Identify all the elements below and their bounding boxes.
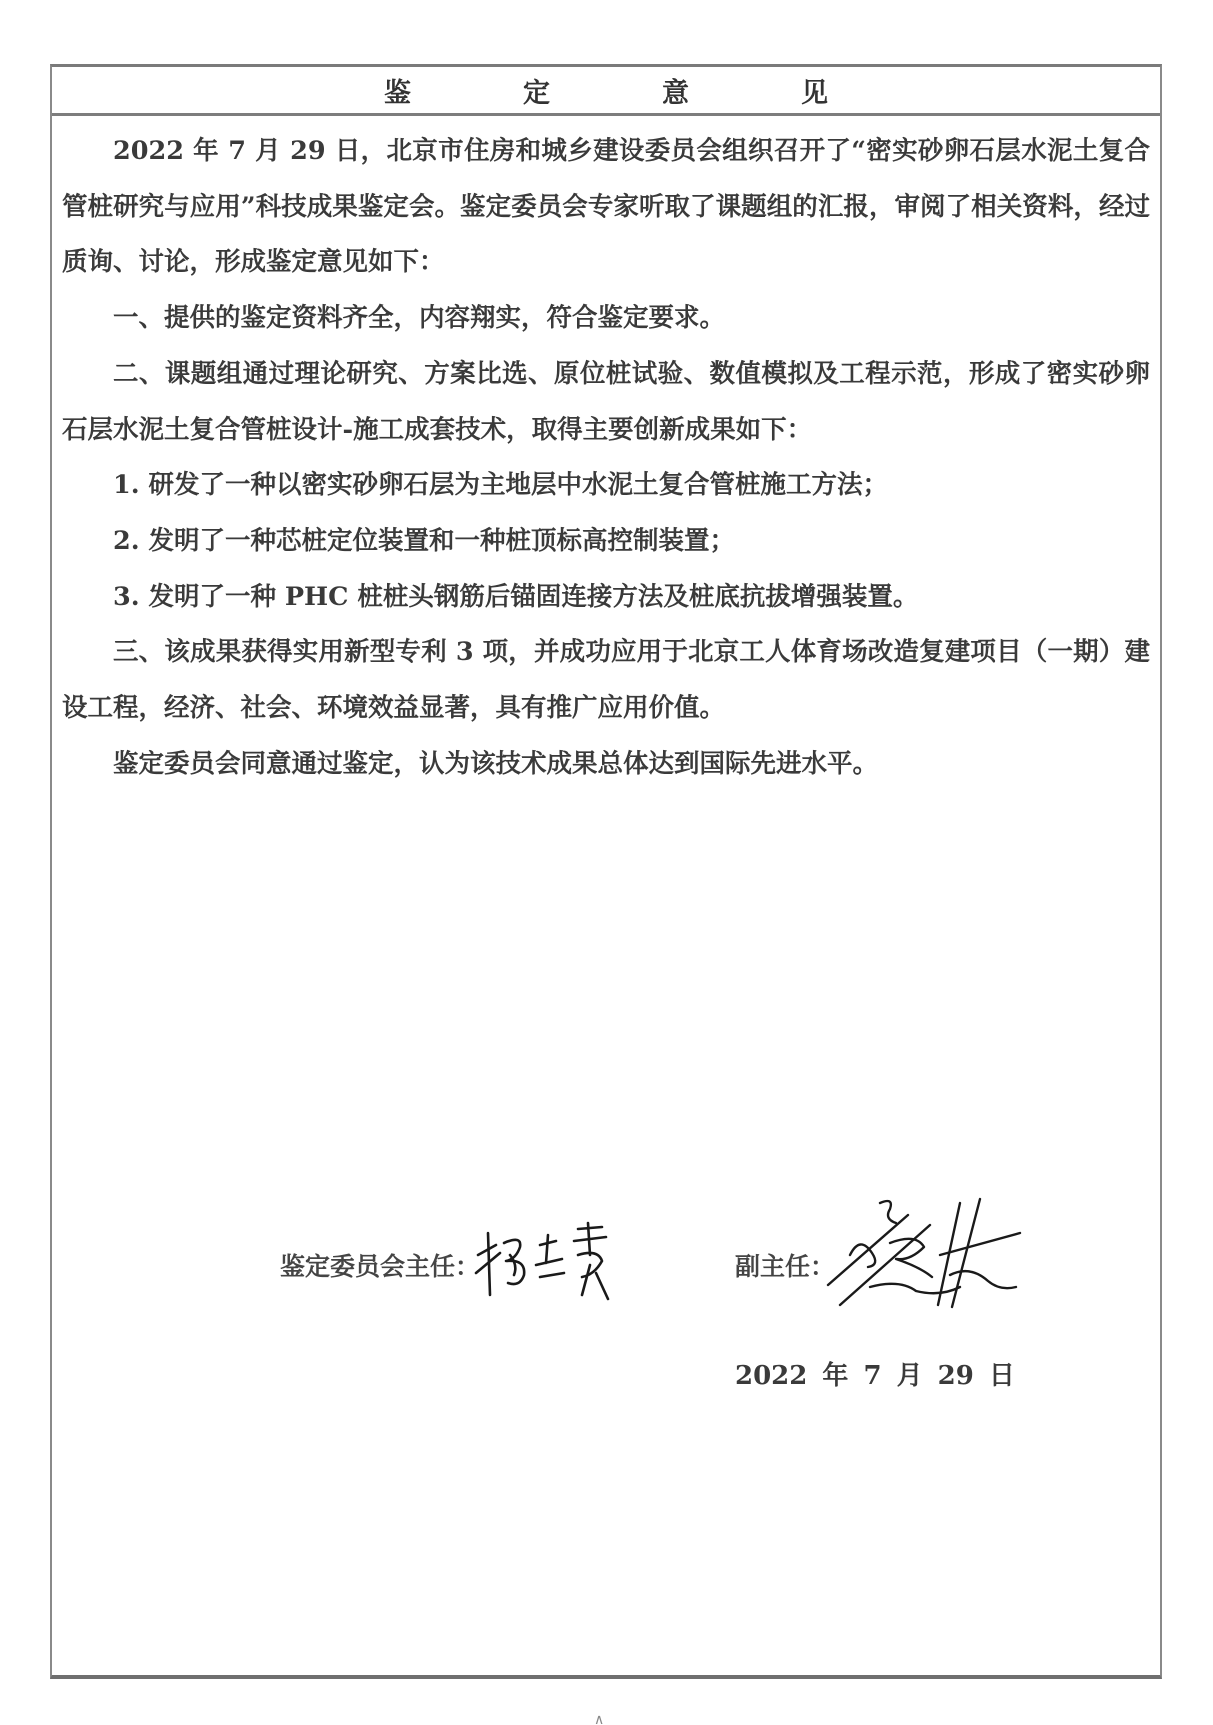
title-char: 见: [801, 71, 828, 110]
vice-chair-signature-icon: [820, 1195, 1030, 1315]
paragraph-item-1: 1. 研发了一种以密实砂卵石层为主地层中水泥土复合管桩施工方法；: [62, 458, 1150, 514]
paragraph-point-3: 三、该成果获得实用新型专利 3 项，并成功应用于北京工人体育场改造复建项目（一期…: [62, 625, 1150, 736]
paragraph-item-3: 3. 发明了一种 PHC 桩桩头钢筋后锚固连接方法及桩底抗拔增强装置。: [62, 570, 1150, 626]
paragraph-intro: 2022 年 7 月 29 日，北京市住房和城乡建设委员会组织召开了“密实砂卵石…: [62, 124, 1150, 291]
appraisal-body: 2022 年 7 月 29 日，北京市住房和城乡建设委员会组织召开了“密实砂卵石…: [62, 124, 1150, 792]
page-mark: ∧: [594, 1712, 604, 1725]
title-char: 意: [662, 71, 689, 110]
title-char: 定: [523, 71, 550, 110]
appraisal-form-frame: 鉴 定 意 见 2022 年 7 月 29 日，北京市住房和城乡建设委员会组织召…: [50, 64, 1162, 1679]
chair-signature-icon: [470, 1215, 640, 1305]
paragraph-conclusion: 鉴定委员会同意通过鉴定，认为该技术成果总体达到国际先进水平。: [62, 737, 1150, 793]
appraisal-date: 2022 年 7 月 29 日: [735, 1355, 1015, 1392]
paragraph-point-2: 二、课题组通过理论研究、方案比选、原位桩试验、数值模拟及工程示范，形成了密实砂卵…: [62, 347, 1150, 458]
signature-row: 鉴定委员会主任： 副主任：: [280, 1215, 1100, 1305]
paragraph-point-1: 一、提供的鉴定资料齐全，内容翔实，符合鉴定要求。: [62, 291, 1150, 347]
chair-label: 鉴定委员会主任：: [280, 1247, 480, 1283]
paragraph-item-2: 2. 发明了一种芯桩定位装置和一种桩顶标高控制装置；: [62, 514, 1150, 570]
title-char: 鉴: [384, 71, 411, 110]
form-title: 鉴 定 意 见: [52, 67, 1160, 116]
